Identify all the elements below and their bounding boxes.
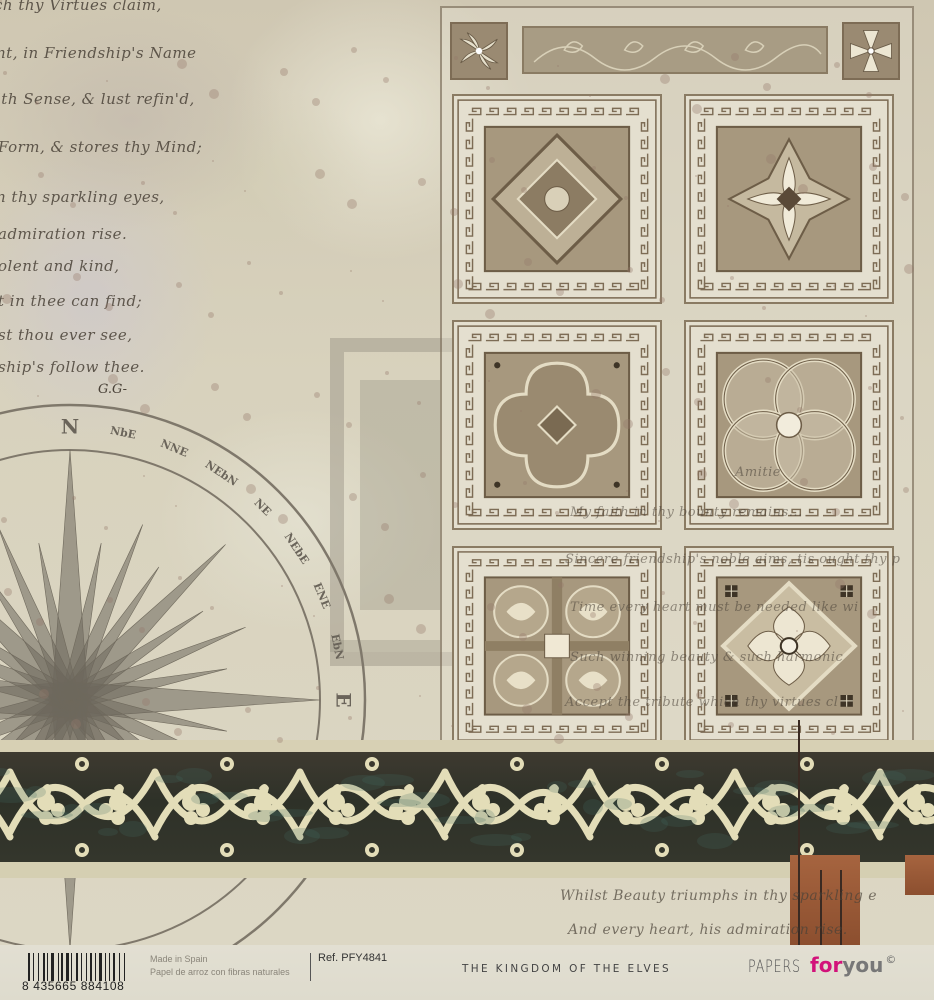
grunge-speck bbox=[902, 710, 904, 712]
svg-text:NNE: NNE bbox=[159, 437, 190, 460]
grunge-speck bbox=[70, 202, 76, 208]
grunge-speck bbox=[799, 701, 803, 705]
grunge-speck bbox=[522, 704, 532, 714]
svg-text:NEbE: NEbE bbox=[282, 531, 312, 567]
grunge-speck bbox=[798, 184, 808, 194]
grunge-speck bbox=[73, 273, 81, 281]
grunge-speck bbox=[762, 306, 766, 310]
material-label: Papel de arroz con fibras naturales bbox=[150, 966, 290, 979]
grunge-speck bbox=[591, 389, 601, 399]
grunge-speck bbox=[106, 80, 108, 82]
grunge-speck bbox=[243, 413, 251, 421]
barcode-bar bbox=[124, 953, 125, 981]
grunge-speck bbox=[659, 297, 665, 303]
torn-brown-paper-scrap bbox=[905, 855, 934, 895]
grunge-speck bbox=[486, 86, 490, 90]
grunge-speck bbox=[901, 193, 909, 201]
grunge-speck bbox=[904, 264, 914, 274]
grunge-speck bbox=[867, 609, 877, 619]
grunge-speck bbox=[107, 597, 113, 603]
grunge-speck bbox=[417, 401, 421, 405]
svg-text:N: N bbox=[61, 415, 79, 439]
barcode-bar bbox=[38, 953, 39, 981]
grunge-speck bbox=[729, 499, 739, 509]
grunge-speck bbox=[695, 175, 697, 177]
overlay-line: Accept the tribute which thy virtues cl bbox=[565, 695, 838, 710]
grunge-speck bbox=[1, 517, 7, 523]
poem-line: st thou ever see, bbox=[0, 326, 133, 344]
footer-divider bbox=[310, 953, 311, 981]
grunge-speck bbox=[865, 315, 867, 317]
grunge-speck bbox=[244, 190, 246, 192]
grunge-speck bbox=[487, 603, 495, 611]
bottom-line: And every heart, his admiration rise. bbox=[568, 922, 848, 938]
grunge-speck bbox=[866, 92, 872, 98]
grunge-speck bbox=[731, 53, 739, 61]
grunge-speck bbox=[2, 294, 12, 304]
svg-text:NbE: NbE bbox=[109, 424, 137, 442]
grunge-speck bbox=[381, 523, 389, 531]
grunge-speck bbox=[384, 594, 394, 604]
poem-line: admiration rise. bbox=[0, 225, 127, 243]
grunge-speck bbox=[626, 490, 628, 492]
grunge-speck bbox=[142, 698, 150, 706]
grunge-speck bbox=[349, 493, 357, 501]
product-footer: 8 435665 884108 Made in Spain Papel de a… bbox=[0, 945, 934, 1000]
grunge-speck bbox=[175, 505, 177, 507]
barcode-bar bbox=[111, 953, 112, 981]
svg-text:E: E bbox=[332, 692, 356, 707]
grunge-speck bbox=[590, 612, 596, 618]
grunge-speck bbox=[247, 261, 251, 265]
barcode-bar bbox=[46, 953, 47, 981]
grunge-speck bbox=[554, 734, 564, 744]
origin-info: Made in Spain Papel de arroz con fibras … bbox=[150, 953, 290, 979]
poem-line: ship's follow thee. bbox=[0, 358, 145, 376]
barcode-bar bbox=[126, 953, 127, 981]
barcode-bar bbox=[79, 953, 80, 981]
barcode-bar bbox=[83, 953, 86, 981]
collection-title: THE KINGDOM OF THE ELVES bbox=[462, 962, 671, 975]
barcode-bar bbox=[71, 953, 72, 981]
barcode-bar bbox=[105, 953, 106, 981]
grunge-speck bbox=[346, 422, 352, 428]
brand-for: for bbox=[810, 953, 842, 977]
grunge-speck bbox=[765, 377, 771, 383]
vertical-string-line bbox=[798, 720, 800, 945]
grunge-speck bbox=[212, 160, 214, 162]
grunge-speck bbox=[314, 392, 320, 398]
band-top-edge bbox=[0, 740, 934, 752]
grunge-speck bbox=[347, 199, 357, 209]
grunge-speck bbox=[36, 618, 44, 626]
barcode-bar bbox=[64, 953, 65, 981]
grunge-speck bbox=[419, 695, 421, 697]
barcode-bar bbox=[33, 953, 34, 981]
grunge-speck bbox=[727, 205, 729, 207]
grunge-speck bbox=[382, 300, 384, 302]
grunge-speck bbox=[589, 95, 591, 97]
grunge-speck bbox=[660, 74, 670, 84]
grunge-speck bbox=[177, 59, 187, 69]
barcode-bar bbox=[88, 953, 89, 981]
ornamental-tile-panel bbox=[440, 6, 914, 750]
grunge-speck bbox=[766, 154, 776, 164]
grunge-speck bbox=[451, 725, 453, 727]
grunge-speck bbox=[521, 187, 527, 193]
svg-text:NEbN: NEbN bbox=[203, 458, 240, 489]
ornamental-tile-leaf bbox=[684, 94, 894, 304]
barcode-bar bbox=[76, 953, 78, 981]
grunge-speck bbox=[174, 728, 182, 736]
copyright-icon: © bbox=[885, 953, 896, 966]
grunge-speck bbox=[420, 472, 426, 478]
brand-papers: PAPERS bbox=[748, 957, 793, 977]
barcode-bar bbox=[28, 953, 30, 981]
grunge-speck bbox=[246, 484, 256, 494]
grunge-speck bbox=[140, 404, 150, 414]
grunge-speck bbox=[37, 395, 39, 397]
grunge-speck bbox=[523, 481, 527, 485]
grunge-speck bbox=[313, 615, 315, 617]
grunge-speck bbox=[416, 624, 426, 634]
poem-line: Form, & stores thy Mind; bbox=[0, 138, 202, 156]
brand-you: you bbox=[842, 953, 883, 977]
barcode-bar bbox=[95, 953, 97, 981]
grunge-speck bbox=[800, 478, 808, 486]
grunge-speck bbox=[245, 707, 251, 713]
grunge-speck bbox=[797, 407, 803, 413]
grunge-speck bbox=[454, 56, 458, 60]
corner-rosette-tile bbox=[450, 22, 508, 80]
grunge-speck bbox=[558, 582, 564, 588]
barcode-bar bbox=[97, 953, 98, 981]
grunge-speck bbox=[520, 410, 522, 412]
grunge-speck bbox=[173, 211, 177, 215]
grunge-speck bbox=[833, 285, 835, 287]
grunge-speck bbox=[796, 630, 798, 632]
barcode-bar bbox=[121, 953, 123, 981]
barcode-bar bbox=[107, 953, 109, 981]
barcode-bar bbox=[49, 953, 50, 981]
scrapbook-paper-background: ch thy Virtues claim, nt, in Friendship'… bbox=[0, 0, 934, 945]
barcode-bar bbox=[86, 953, 87, 981]
grunge-speck bbox=[623, 419, 633, 429]
grunge-speck bbox=[385, 371, 389, 375]
barcode-bar bbox=[31, 953, 32, 981]
grunge-speck bbox=[71, 719, 81, 729]
grunge-speck bbox=[383, 77, 389, 83]
grunge-speck bbox=[3, 71, 7, 75]
poem-line: ch thy Virtues claim, bbox=[0, 0, 162, 14]
grunge-speck bbox=[489, 157, 495, 163]
grunge-speck bbox=[279, 291, 283, 295]
barcode-bar bbox=[103, 953, 104, 981]
grunge-speck bbox=[555, 511, 559, 515]
overlay-line: Time every heart must be needed like wi bbox=[570, 600, 859, 615]
brand-logo: PAPERS for you © bbox=[748, 953, 896, 977]
grunge-speck bbox=[348, 716, 352, 720]
leaf-frieze-tile bbox=[522, 26, 828, 74]
overlay-line: My faith in thy bounty remains... bbox=[570, 505, 803, 520]
overlay-line: Such winning beauty & such harmonic bbox=[570, 650, 843, 665]
grunge-speck bbox=[625, 713, 633, 721]
grunge-speck bbox=[35, 101, 39, 105]
barcode-bar bbox=[51, 953, 54, 981]
grunge-speck bbox=[592, 166, 596, 170]
grunge-speck bbox=[834, 62, 840, 68]
grunge-speck bbox=[697, 469, 707, 479]
made-in-label: Made in Spain bbox=[150, 953, 290, 966]
grunge-speck bbox=[693, 621, 697, 625]
faded-block-ghost bbox=[360, 380, 440, 610]
grunge-speck bbox=[105, 303, 113, 311]
grunge-speck bbox=[556, 288, 564, 296]
grunge-speck bbox=[351, 47, 357, 53]
grunge-speck bbox=[832, 508, 840, 516]
reference-code: Ref. PFY4841 bbox=[318, 952, 387, 964]
poem-line: t in thee can find; bbox=[0, 292, 142, 310]
overlay-line: Sincere friendship's noble aims, tis oug… bbox=[565, 552, 900, 567]
tile-top-strip bbox=[450, 22, 900, 82]
ornamental-tile-rings bbox=[684, 320, 894, 530]
grunge-speck bbox=[104, 526, 108, 530]
grunge-speck bbox=[453, 279, 463, 289]
poem-signature: G.G- bbox=[98, 382, 127, 397]
grunge-speck bbox=[519, 633, 527, 641]
grunge-speck bbox=[627, 267, 633, 273]
grunge-speck bbox=[0, 0, 2, 2]
grunge-speck bbox=[835, 579, 845, 589]
poem-line: ith Sense, & lust refin'd, bbox=[0, 90, 195, 108]
barcode-bar bbox=[61, 953, 63, 981]
grunge-speck bbox=[208, 312, 214, 318]
corner-rosette-tile bbox=[842, 22, 900, 80]
grunge-speck bbox=[108, 374, 118, 384]
barcode-bar bbox=[73, 953, 75, 981]
barcode-bar bbox=[59, 953, 60, 981]
grunge-speck bbox=[178, 576, 182, 580]
grunge-speck bbox=[696, 692, 702, 698]
grunge-speck bbox=[315, 169, 325, 179]
grunge-speck bbox=[900, 416, 904, 420]
barcode-bar bbox=[116, 953, 119, 981]
barcode-bar bbox=[43, 953, 45, 981]
grunge-speck bbox=[485, 309, 495, 319]
barcode-bar bbox=[99, 953, 102, 981]
grunge-speck bbox=[38, 172, 44, 178]
grunge-speck bbox=[662, 368, 670, 376]
grunge-speck bbox=[524, 258, 532, 266]
grunge-speck bbox=[452, 502, 458, 508]
faded-bar-ghost bbox=[330, 640, 440, 652]
grunge-speck bbox=[141, 181, 145, 185]
grunge-speck bbox=[176, 282, 182, 288]
grunge-speck bbox=[281, 585, 283, 587]
grunge-speck bbox=[143, 475, 145, 477]
grunge-speck bbox=[5, 365, 7, 367]
grunge-speck bbox=[211, 383, 219, 391]
grunge-speck bbox=[316, 686, 320, 690]
grunge-speck bbox=[694, 398, 702, 406]
grunge-speck bbox=[868, 386, 872, 390]
grunge-speck bbox=[74, 50, 76, 52]
barcode bbox=[28, 953, 128, 981]
grunge-speck bbox=[312, 98, 320, 106]
barcode-bar bbox=[93, 953, 94, 981]
grunge-speck bbox=[557, 65, 559, 67]
ornamental-tile-star bbox=[684, 546, 894, 746]
grunge-speck bbox=[72, 496, 76, 500]
barcode-bar bbox=[40, 953, 42, 981]
barcode-bar bbox=[70, 953, 71, 981]
grunge-speck bbox=[4, 588, 12, 596]
grunge-speck bbox=[593, 683, 601, 691]
grunge-speck bbox=[39, 689, 49, 699]
grunge-speck bbox=[278, 514, 288, 524]
grunge-speck bbox=[624, 196, 628, 200]
grunge-speck bbox=[418, 178, 426, 186]
grunge-speck bbox=[350, 270, 352, 272]
scroll-ornament-border-band bbox=[0, 752, 934, 862]
barcode-bar bbox=[109, 953, 110, 981]
grunge-speck bbox=[692, 104, 702, 114]
barcode-bar bbox=[47, 953, 48, 981]
barcode-bar bbox=[55, 953, 57, 981]
grunge-speck bbox=[903, 487, 909, 493]
grunge-speck bbox=[728, 722, 734, 728]
grunge-speck bbox=[209, 89, 219, 99]
grunge-speck bbox=[488, 380, 490, 382]
overlay-line: Amitie bbox=[735, 465, 781, 480]
barcode-bar bbox=[35, 953, 38, 981]
barcode-bar bbox=[113, 953, 115, 981]
barcode-bar bbox=[58, 953, 59, 981]
bottom-line: Whilst Beauty triumphs in thy sparkling … bbox=[560, 888, 877, 904]
grunge-speck bbox=[831, 731, 835, 735]
barcode-bar bbox=[66, 953, 69, 981]
barcode-bar bbox=[90, 953, 92, 981]
grunge-speck bbox=[658, 520, 660, 522]
barcode-number: 8 435665 884108 bbox=[22, 979, 124, 993]
grunge-speck bbox=[280, 68, 288, 76]
poem-line: n thy sparkling eyes, bbox=[0, 188, 165, 206]
grunge-speck bbox=[869, 163, 877, 171]
svg-text:NE: NE bbox=[252, 496, 274, 518]
barcode-bar bbox=[81, 953, 82, 981]
grunge-speck bbox=[764, 600, 766, 602]
grunge-speck bbox=[763, 83, 771, 91]
grunge-speck bbox=[139, 627, 145, 633]
grunge-speck bbox=[450, 208, 458, 216]
grunge-speck bbox=[277, 737, 283, 743]
poem-line: olent and kind, bbox=[0, 257, 120, 275]
grunge-speck bbox=[661, 591, 665, 595]
grunge-speck bbox=[210, 606, 214, 610]
barcode-bar bbox=[119, 953, 120, 981]
grunge-speck bbox=[730, 276, 734, 280]
poem-line: nt, in Friendship's Name bbox=[0, 44, 196, 62]
